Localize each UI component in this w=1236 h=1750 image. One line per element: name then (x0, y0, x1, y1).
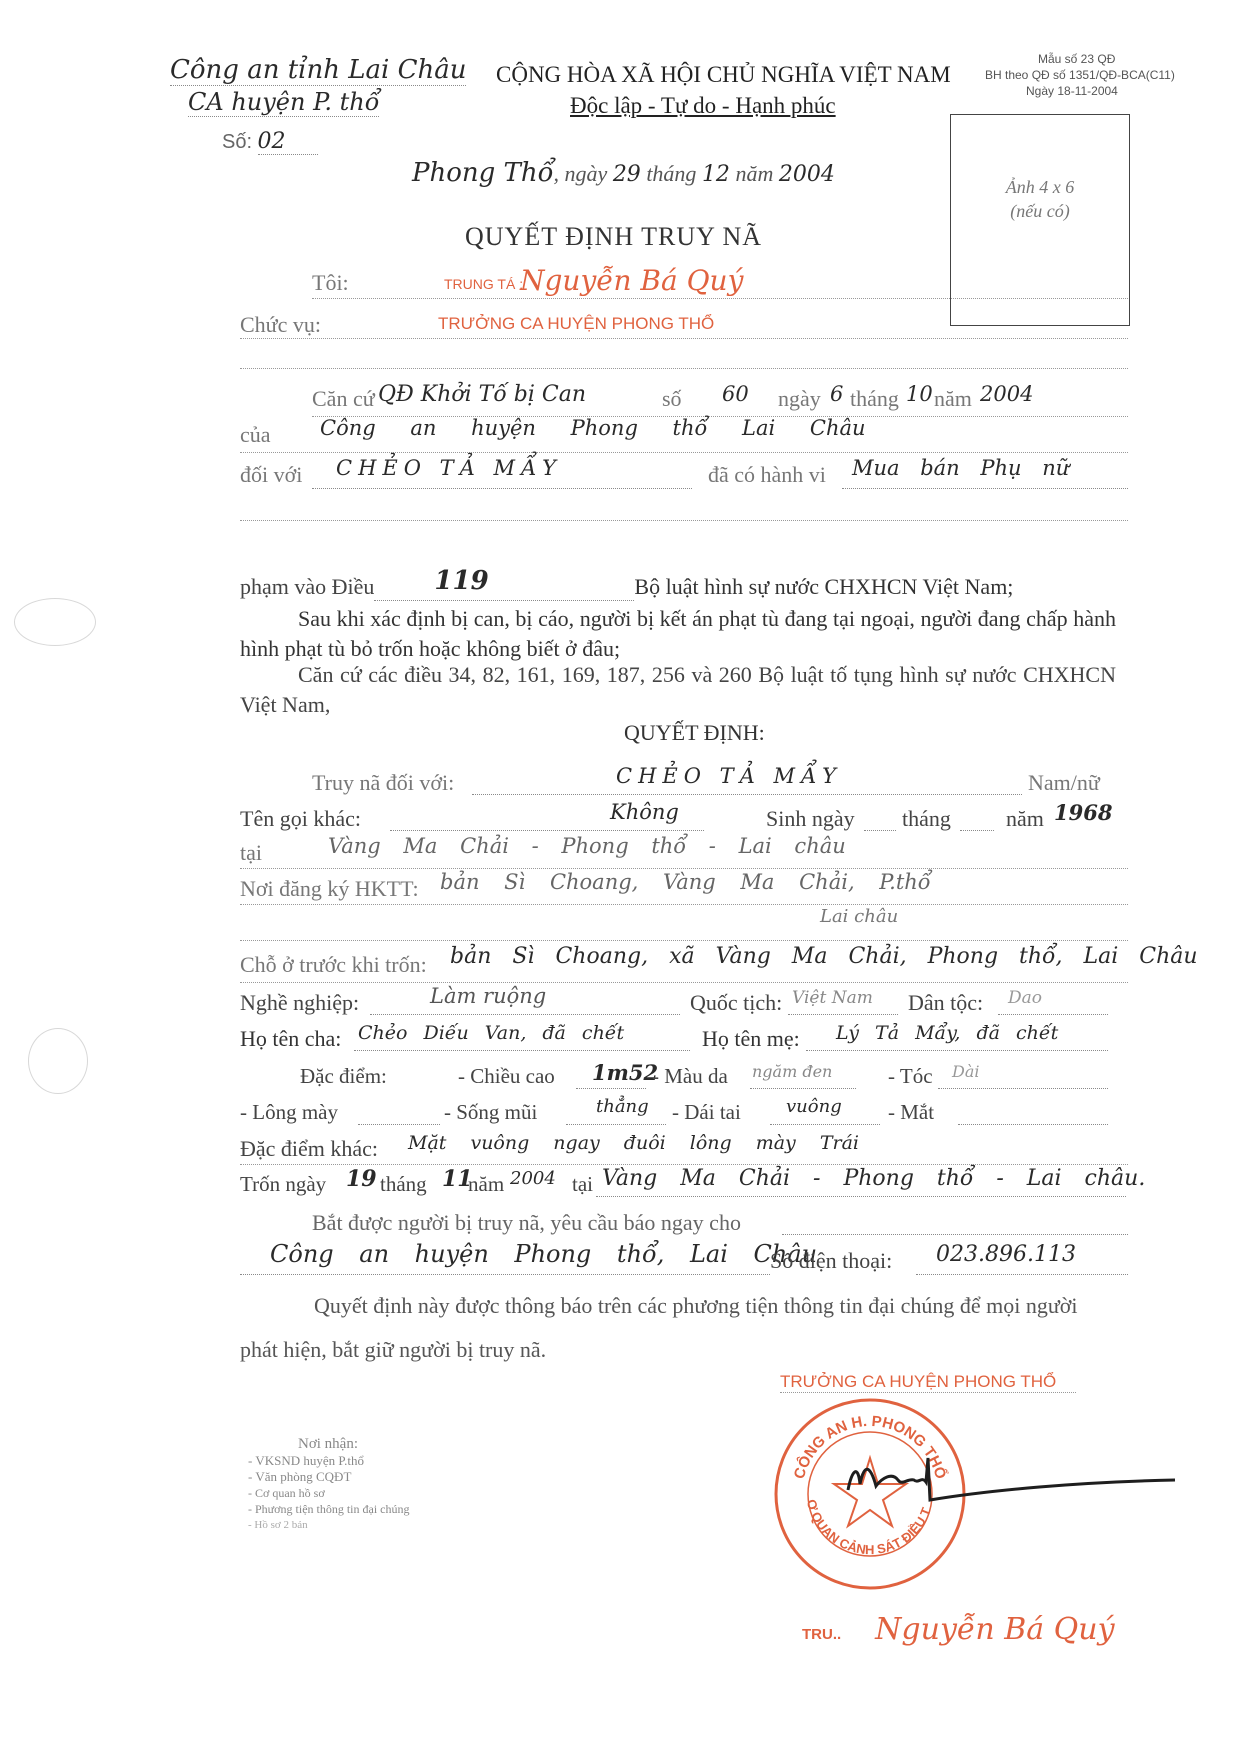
form-code-1: Mẫu số 23 QĐ (1038, 52, 1115, 66)
punch-hole (14, 598, 96, 646)
alias-value: Không (610, 800, 679, 824)
agency-line-2: CA huyện P. thổ (188, 88, 379, 117)
occupation-row: Nghề nghiệp: Làm ruộng Quốc tịch: Việt N… (240, 990, 1128, 1018)
article-number: 119 (434, 566, 488, 596)
recipient-item: - Phương tiện thông tin đại chúng (248, 1501, 410, 1517)
national-motto: Độc lập - Tự do - Hạnh phúc (570, 93, 836, 119)
punch-hole (28, 1028, 88, 1094)
document-number: Số: 02 (222, 128, 318, 155)
gender-label: Nam/nữ (1028, 770, 1100, 796)
signer-name: Nguyễn Bá Quý (875, 1612, 1114, 1647)
issuer-rank: TRUNG TÁ : (444, 276, 523, 292)
toi-label: Tôi: (312, 270, 349, 295)
basis-number: 60 (722, 382, 749, 406)
form-code-2: BH theo QĐ số 1351/QĐ-BCA(C11) (985, 68, 1175, 82)
paragraph-2: Căn cứ các điều 34, 82, 161, 169, 187, 2… (240, 660, 1116, 720)
phone-value: 023.896.113 (936, 1242, 1076, 1267)
nose-value: thẳng (596, 1096, 649, 1117)
skin-value: ngăm đen (752, 1062, 832, 1081)
recipient-item: - Cơ quan hồ sơ (248, 1485, 410, 1501)
escape-row: Trốn ngày 19 tháng 11 năm 2004 tại Vàng … (240, 1172, 1128, 1202)
escape-year: 2004 (510, 1168, 556, 1189)
basis-row-1: Căn cứ QĐ Khởi Tố bị Can số 60 ngày 6 th… (312, 386, 1128, 417)
recipients: Nơi nhận: - VKSND huyện P.thổ - Văn phòn… (248, 1436, 410, 1533)
basis-day: 6 (830, 382, 843, 406)
chuc-vu-label: Chức vụ: (240, 312, 321, 337)
decision-heading: QUYẾT ĐỊNH: (624, 720, 765, 746)
basis-year: 2004 (980, 382, 1033, 406)
other-features-value: Mặt vuông ngay đuôi lông mày Trái (408, 1132, 859, 1154)
ethnicity-value: Dao (1008, 988, 1042, 1008)
paragraph-1: Sau khi xác định bị can, bị cáo, người b… (240, 604, 1116, 664)
report-to-row: Công an huyện Phong thổ, Lai Châu Số điệ… (240, 1248, 1128, 1278)
basis-row-2: của Công an huyện Phong thổ Lai Châu (240, 422, 1128, 453)
signer-name-row: TRU.. Nguyễn Bá Quý (802, 1612, 1115, 1647)
residence-row: Nơi đăng ký HKTT: bản Sì Choang, Vàng Ma… (240, 876, 1128, 905)
position-row: Chức vụ: TRƯỞNG CA HUYỆN PHONG THỔ (240, 312, 1128, 339)
date-year: 2004 (779, 162, 835, 187)
escape-location: Vàng Ma Chải - Phong thổ - Lai châu. (602, 1166, 1145, 1191)
report-to-value: Công an huyện Phong thổ, Lai Châu (270, 1240, 817, 1268)
so-value: 02 (258, 129, 318, 155)
handwritten-signature (840, 1450, 1180, 1515)
form-code-3: Ngày 18-11-2004 (1026, 84, 1118, 98)
wanted-name: CHẺO TẢ MẨY (616, 764, 842, 788)
recipient-item: - Hồ sơ 2 bản (248, 1517, 410, 1533)
basis-row-3: đối với CHẺO TẢ MẨY đã có hành vi Mua bá… (240, 462, 1128, 492)
height-value: 1m52 (592, 1060, 658, 1085)
agency-line-1: Công an tỉnh Lai Châu (170, 55, 466, 86)
hair-value: Dài (952, 1062, 979, 1081)
occupation-value: Làm ruộng (430, 984, 546, 1008)
wanted-row: Truy nã đối với: CHẺO TẢ MẨY Nam/nữ (312, 770, 1128, 798)
birth-year: 1968 (1054, 800, 1112, 825)
residence-row-2: Lai châu (240, 912, 1128, 941)
photo-box-line2: (nếu có) (951, 201, 1129, 222)
basis-document: QĐ Khởi Tố bị Can (378, 382, 586, 407)
offense: Mua bán Phụ nữ (852, 456, 1069, 480)
subject-name: CHẺO TẢ MẨY (336, 456, 562, 480)
blank-line (240, 520, 1128, 521)
date-month: 12 (702, 162, 730, 187)
basis-month: 10 (906, 382, 933, 406)
mother-name: Lý Tả Mẩy, đã chết (836, 1022, 1058, 1044)
features-row-2: - Lông mày - Sống mũi thẳng - Dái tai vu… (240, 1100, 1128, 1128)
date-line: Phong Thổ, ngày 29 tháng 12 năm 2004 (412, 158, 835, 188)
issuer-position: TRƯỞNG CA HUYỆN PHONG THỔ (438, 314, 714, 334)
photo-box-line1: Ảnh 4 x 6 (951, 177, 1129, 198)
pre-escape-residence-row: Chỗ ở trước khi trốn: bản Sì Choang, xã … (240, 952, 1128, 983)
birthplace-value: Vàng Ma Chải - Phong thổ - Lai châu (328, 834, 846, 858)
alias-row: Tên gọi khác: Không Sinh ngày tháng năm … (240, 806, 1128, 834)
report-row: Bắt được người bị truy nã, yêu cầu báo n… (312, 1210, 1128, 1238)
issuing-agency: Công an huyện Phong thổ Lai Châu (320, 416, 866, 440)
features-row-1: Đặc điểm: - Chiều cao 1m52 - Màu da ngăm… (240, 1064, 1128, 1092)
blank-line (240, 368, 1128, 369)
pre-escape-residence-value: bản Sì Choang, xã Vàng Ma Chải, Phong th… (450, 944, 1198, 969)
parents-row: Họ tên cha: Chẻo Diếu Van, đã chết Họ tê… (240, 1026, 1128, 1054)
national-title: CỘNG HÒA XÃ HỘI CHỦ NGHĨA VIỆT NAM (496, 62, 951, 88)
date-day: 29 (613, 162, 641, 187)
escape-day: 19 (346, 1166, 377, 1192)
issuer-row: Tôi: TRUNG TÁ : Nguyễn Bá Quý (312, 270, 1128, 299)
signer-title-stamp: TRƯỞNG CA HUYỆN PHONG THỔ (780, 1372, 1076, 1393)
signer-rank: TRU.. (802, 1626, 841, 1643)
closing-paragraph: Quyết định này được thông báo trên các p… (240, 1284, 1116, 1372)
place: Phong Thổ (412, 158, 554, 188)
recipient-item: - VKSND huyện P.thổ (248, 1453, 410, 1469)
other-features-row: Đặc điểm khác: Mặt vuông ngay đuôi lông … (240, 1136, 1128, 1165)
so-label: Số: (222, 131, 252, 153)
nationality-value: Việt Nam (792, 988, 873, 1008)
recipient-item: - Văn phòng CQĐT (248, 1469, 410, 1485)
document-title: QUYẾT ĐỊNH TRUY NÃ (465, 222, 762, 252)
article-row: phạm vào Điều 119 Bộ luật hình sự nước C… (240, 574, 1013, 601)
recipients-heading: Nơi nhận: (298, 1436, 410, 1453)
birthplace-row: tại Vàng Ma Chải - Phong thổ - Lai châu (240, 840, 1128, 869)
residence-value: bản Sì Choang, Vàng Ma Chải, P.thổ (440, 870, 931, 894)
earlobe-value: vuông (786, 1096, 842, 1117)
issuer-name: Nguyễn Bá Quý (520, 264, 743, 297)
father-name: Chẻo Diếu Van, đã chết (358, 1022, 624, 1044)
